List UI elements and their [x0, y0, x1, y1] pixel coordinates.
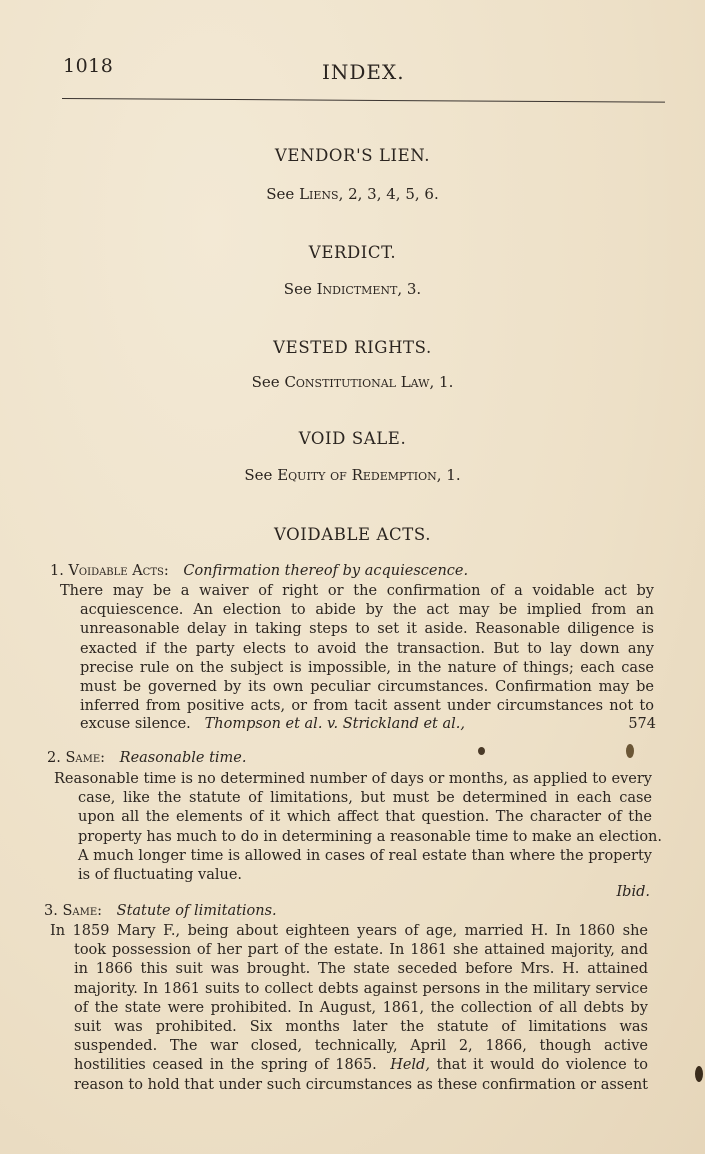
ink-blot	[478, 747, 485, 755]
entry-1-head: 1. Voidable Acts: Confirmation thereof b…	[50, 563, 468, 579]
heading-verdict: VERDICT.	[0, 243, 705, 262]
see-ref-indictment: See Indictment, 3.	[0, 280, 705, 298]
heading-vested-rights: VESTED RIGHTS.	[0, 338, 705, 357]
entry-2-body: Reasonable time is no determined number …	[54, 770, 652, 885]
entry-1-body: There may be a waiver of right or the co…	[60, 582, 654, 716]
heading-void-sale: VOID SALE.	[0, 429, 705, 448]
see-ref-equity-of-redemption: See Equity of Redemption, 1.	[0, 466, 705, 484]
heading-voidable-acts: VOIDABLE ACTS.	[0, 525, 705, 544]
entry-3-body: In 1859 Mary F., being about eighteen ye…	[50, 922, 648, 1095]
see-ref-constitutional-law: See Constitutional Law, 1.	[0, 373, 705, 391]
ink-blot	[695, 1066, 703, 1082]
running-head: INDEX.	[322, 60, 405, 84]
entry-3-head: 3. Same: Statute of limitations.	[44, 903, 277, 919]
entry-2-citation: Ibid.	[616, 884, 650, 900]
entry-1-citation: excuse silence. Thompson et al. v. Stric…	[80, 716, 656, 732]
ink-blot	[626, 744, 634, 758]
entry-2-head: 2. Same: Reasonable time.	[47, 750, 246, 766]
see-ref-liens: See Liens, 2, 3, 4, 5, 6.	[0, 185, 705, 203]
heading-vendors-lien: VENDOR'S LIEN.	[0, 146, 705, 165]
header-rule	[62, 98, 665, 103]
page-number: 1018	[63, 55, 113, 77]
